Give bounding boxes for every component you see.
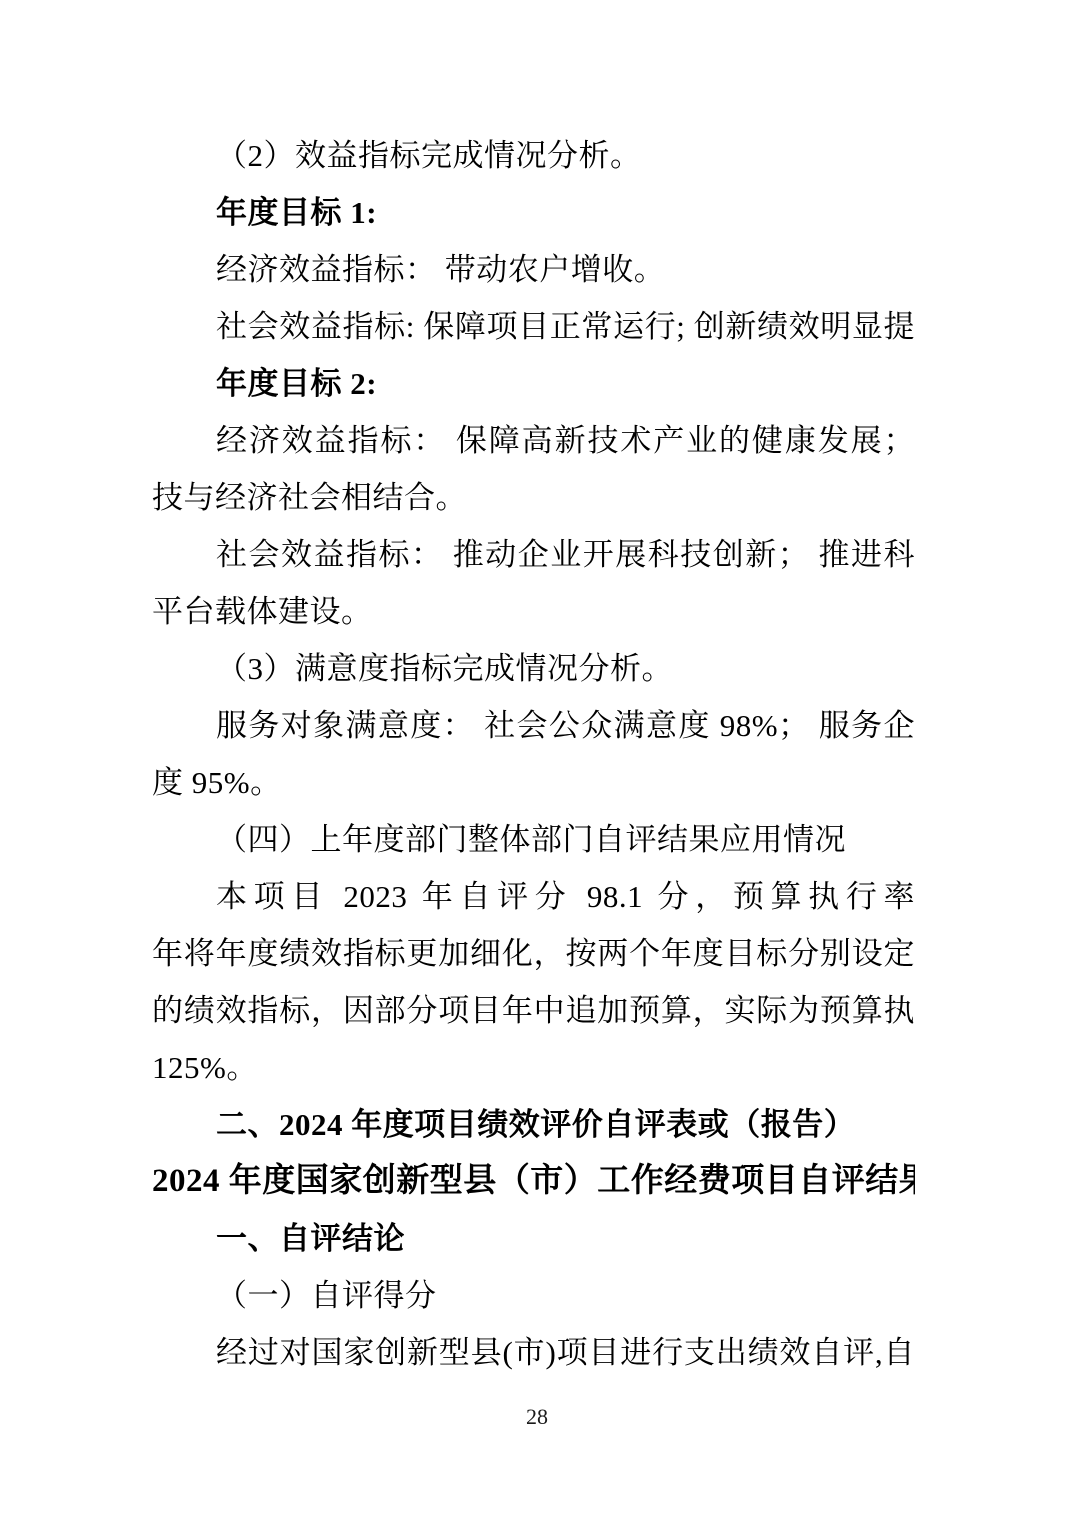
text-line: 二、2024 年度项目绩效评价自评表或（报告） (152, 1096, 915, 1153)
text-line: 经过对国家创新型县(市)项目进行支出绩效自评,自评得 (152, 1324, 915, 1381)
text-line: 的绩效指标，因部分项目年中追加预算，实际为预算执行率 (152, 982, 915, 1039)
text-line: 度 95%。 (152, 754, 915, 811)
text-line: 2024 年度国家创新型县（市）工作经费项目自评结果 (152, 1153, 915, 1210)
document-page: （2）效益指标完成情况分析。年度目标 1:经济效益指标： 带动农户增收。社会效益… (0, 0, 1074, 1520)
text-line: （一）自评得分 (152, 1267, 915, 1324)
text-line: 经济效益指标： 保障高新技术产业的健康发展； 推动科 (152, 412, 915, 469)
text-line: 本项目 2023 年自评分 98.1 分，预算执行率 100%。2024 (152, 868, 915, 925)
text-line: （2）效益指标完成情况分析。 (152, 127, 915, 184)
text-line: 平台载体建设。 (152, 583, 915, 640)
text-line: 年将年度绩效指标更加细化，按两个年度目标分别设定对应 (152, 925, 915, 982)
text-line: 社会效益指标： 推动企业开展科技创新； 推进科技创新 (152, 526, 915, 583)
text-line: 服务对象满意度： 社会公众满意度 98%； 服务企业满意 (152, 697, 915, 754)
text-line: （3）满意度指标完成情况分析。 (152, 640, 915, 697)
text-content: （2）效益指标完成情况分析。年度目标 1:经济效益指标： 带动农户增收。社会效益… (152, 127, 915, 1381)
text-line: 一、自评结论 (152, 1210, 915, 1267)
text-line: 社会效益指标: 保障项目正常运行; 创新绩效明显提升。 (152, 298, 915, 355)
text-line: （四）上年度部门整体部门自评结果应用情况 (152, 811, 915, 868)
text-line: 125%。 (152, 1039, 915, 1096)
text-line: 技与经济社会相结合。 (152, 469, 915, 526)
text-line: 年度目标 1: (152, 184, 915, 241)
text-line: 经济效益指标： 带动农户增收。 (152, 241, 915, 298)
page-number: 28 (0, 1402, 1074, 1432)
text-line: 年度目标 2: (152, 355, 915, 412)
